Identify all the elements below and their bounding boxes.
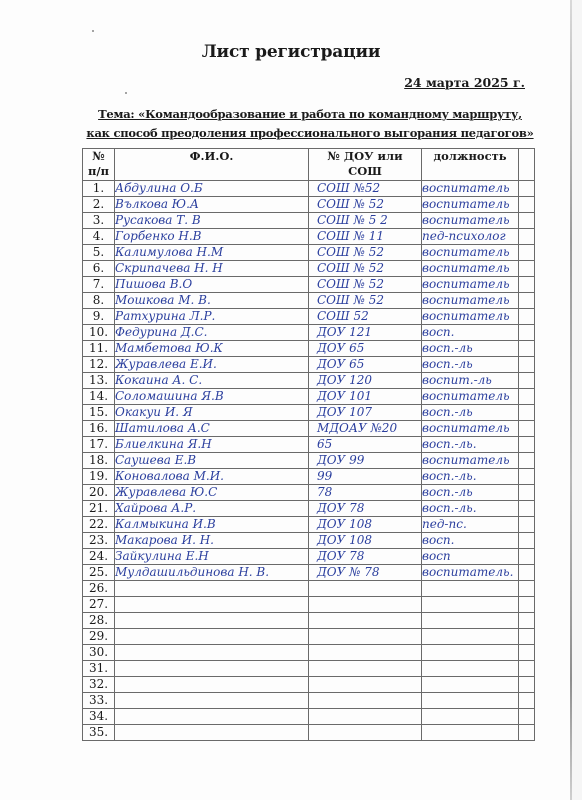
table-row: 10.Федурина Д.С.ДОУ 121восп. [83,325,535,341]
participant-name: Коновалова М.И. [115,469,309,485]
table-header-row: №п/п Ф.И.О. № ДОУ илиСОШ должность [83,149,535,181]
participant-position [422,629,519,645]
participant-name: Макарова И. Н. [115,533,309,549]
participant-org [309,677,422,693]
participant-name: Русакова Т. В [115,213,309,229]
participant-org [309,581,422,597]
row-number: 2. [83,197,115,213]
table-row: 22.Калмыкина И.ВДОУ 108пед-пс. [83,517,535,533]
participant-org: МДОАУ №20 [309,421,422,437]
participant-position: пед-пс. [422,517,519,533]
participant-position: воспит.-ль [422,373,519,389]
signature-cell [519,357,535,373]
table-row: 28. [83,613,535,629]
row-number: 32. [83,677,115,693]
table-row: 20.Журавлева Ю.С78восп.-ль [83,485,535,501]
participant-name: Скрипачева Н. Н [115,261,309,277]
signature-cell [519,405,535,421]
row-number: 16. [83,421,115,437]
participant-position [422,645,519,661]
topic-line-1: Тема: «Командообразование и работа по ко… [60,105,560,124]
signature-cell [519,437,535,453]
participant-name: Хайрова А.Р. [115,501,309,517]
participant-name [115,645,309,661]
table-row: 23.Макарова И. Н.ДОУ 108восп. [83,533,535,549]
table-row: 7.Пишова В.ОСОШ № 52воспитатель [83,277,535,293]
participant-org: СОШ № 52 [309,277,422,293]
participant-name [115,613,309,629]
participant-position: воспитатель [422,293,519,309]
signature-cell [519,453,535,469]
participant-name [115,661,309,677]
participant-org: ДОУ № 78 [309,565,422,581]
topic-line-2: как способ преодоления профессионального… [60,124,560,143]
table-row: 15.Окакуи И. ЯДОУ 107восп.-ль [83,405,535,421]
scan-speck [125,92,127,94]
table-row: 27. [83,597,535,613]
row-number: 20. [83,485,115,501]
signature-cell [519,565,535,581]
table-row: 29. [83,629,535,645]
table-row: 12.Журавлева Е.И.ДОУ 65восп.-ль [83,357,535,373]
table-row: 1.Абдулина О.БСОШ №52воспитатель [83,181,535,197]
participant-position: воспитатель. [422,565,519,581]
signature-cell [519,517,535,533]
participant-position: воспитатель [422,261,519,277]
table-row: 17.Блиелкина Я.Н65восп.-ль. [83,437,535,453]
participant-org [309,613,422,629]
participant-org: СОШ № 5 2 [309,213,422,229]
participant-name: Вълкова Ю.А [115,197,309,213]
participant-org: 78 [309,485,422,501]
participant-position: восп [422,549,519,565]
table-row: 35. [83,725,535,741]
participant-name [115,725,309,741]
row-number: 14. [83,389,115,405]
row-number: 23. [83,533,115,549]
participant-org: ДОУ 108 [309,517,422,533]
table-row: 25.Мулдашильдинова Н. В.ДОУ № 78воспитат… [83,565,535,581]
participant-position: восп.-ль [422,405,519,421]
table-row: 18.Саушева Е.ВДОУ 99воспитатель [83,453,535,469]
signature-cell [519,581,535,597]
registration-table: №п/п Ф.И.О. № ДОУ илиСОШ должность 1.Абд… [82,148,535,741]
signature-cell [519,597,535,613]
participant-name: Блиелкина Я.Н [115,437,309,453]
participant-position: восп.-ль. [422,437,519,453]
signature-cell [519,485,535,501]
participant-name [115,693,309,709]
participant-position [422,661,519,677]
signature-cell [519,309,535,325]
participant-position: восп.-ль [422,485,519,501]
participant-name: Абдулина О.Б [115,181,309,197]
participant-org [309,709,422,725]
participant-name: Саушева Е.В [115,453,309,469]
participant-org: СОШ № 52 [309,245,422,261]
participant-org: ДОУ 107 [309,405,422,421]
row-number: 34. [83,709,115,725]
participant-name: Журавлева Е.И. [115,357,309,373]
table-row: 24.Зайкулина Е.НДОУ 78восп [83,549,535,565]
participant-position: воспитатель [422,197,519,213]
participant-name: Окакуи И. Я [115,405,309,421]
participant-org: СОШ № 52 [309,197,422,213]
table-row: 21.Хайрова А.Р.ДОУ 78восп.-ль. [83,501,535,517]
signature-cell [519,181,535,197]
participant-name: Мулдашильдинова Н. В. [115,565,309,581]
participant-org [309,629,422,645]
row-number: 28. [83,613,115,629]
participant-org [309,725,422,741]
participant-org: СОШ № 11 [309,229,422,245]
page-edge-shade [572,0,582,800]
participant-org: СОШ № 52 [309,261,422,277]
row-number: 15. [83,405,115,421]
signature-cell [519,661,535,677]
signature-cell [519,325,535,341]
signature-cell [519,245,535,261]
table-row: 19.Коновалова М.И.99восп.-ль. [83,469,535,485]
participant-name: Ратхурина Л.Р. [115,309,309,325]
signature-cell [519,421,535,437]
participant-name: Калимулова Н.М [115,245,309,261]
table-row: 2.Вълкова Ю.АСОШ № 52воспитатель [83,197,535,213]
table-row: 16.Шатилова А.СМДОАУ №20воспитатель [83,421,535,437]
header-num: №п/п [83,149,115,181]
row-number: 8. [83,293,115,309]
table-row: 33. [83,693,535,709]
participant-org: СОШ №52 [309,181,422,197]
participant-position [422,693,519,709]
signature-cell [519,693,535,709]
participant-org: ДОУ 65 [309,357,422,373]
document-date: 24 марта 2025 г. [404,75,525,90]
table-row: 32. [83,677,535,693]
table-row: 8.Мошкова М. В.СОШ № 52воспитатель [83,293,535,309]
participant-name [115,709,309,725]
participant-org: ДОУ 101 [309,389,422,405]
participant-name [115,581,309,597]
table-row: 31. [83,661,535,677]
participant-position: воспитатель [422,389,519,405]
table-row: 3.Русакова Т. ВСОШ № 5 2воспитатель [83,213,535,229]
participant-org: СОШ № 52 [309,293,422,309]
signature-cell [519,677,535,693]
row-number: 10. [83,325,115,341]
participant-org: СОШ 52 [309,309,422,325]
participant-org: ДОУ 99 [309,453,422,469]
participant-org: 65 [309,437,422,453]
participant-name: Журавлева Ю.С [115,485,309,501]
row-number: 6. [83,261,115,277]
page-edge [570,0,572,800]
participant-org [309,597,422,613]
participant-org: ДОУ 65 [309,341,422,357]
participant-org: 99 [309,469,422,485]
participant-org: ДОУ 78 [309,501,422,517]
signature-cell [519,373,535,389]
participant-org [309,661,422,677]
participant-position [422,677,519,693]
row-number: 29. [83,629,115,645]
row-number: 1. [83,181,115,197]
row-number: 19. [83,469,115,485]
row-number: 11. [83,341,115,357]
signature-cell [519,229,535,245]
participant-position: восп.-ль. [422,469,519,485]
document-title: Лист регистрации [0,42,582,62]
row-number: 7. [83,277,115,293]
signature-cell [519,533,535,549]
row-number: 5. [83,245,115,261]
row-number: 13. [83,373,115,389]
participant-name [115,677,309,693]
participant-name: Федурина Д.С. [115,325,309,341]
header-position: должность [422,149,519,181]
row-number: 22. [83,517,115,533]
signature-cell [519,629,535,645]
participant-position: воспитатель [422,453,519,469]
signature-cell [519,261,535,277]
row-number: 27. [83,597,115,613]
participant-org [309,693,422,709]
row-number: 26. [83,581,115,597]
participant-position: восп.-ль [422,341,519,357]
participant-position: воспитатель [422,213,519,229]
signature-cell [519,341,535,357]
signature-cell [519,549,535,565]
row-number: 24. [83,549,115,565]
signature-cell [519,613,535,629]
participant-position: воспитатель [422,421,519,437]
header-extra [519,149,535,181]
table-row: 4.Горбенко Н.ВСОШ № 11пед-психолог [83,229,535,245]
signature-cell [519,645,535,661]
participant-org [309,645,422,661]
participant-org: ДОУ 108 [309,533,422,549]
row-number: 25. [83,565,115,581]
participant-org: ДОУ 120 [309,373,422,389]
header-org: № ДОУ илиСОШ [309,149,422,181]
table-row: 34. [83,709,535,725]
row-number: 33. [83,693,115,709]
participant-name: Зайкулина Е.Н [115,549,309,565]
participant-name: Шатилова А.С [115,421,309,437]
participant-position: восп.-ль. [422,501,519,517]
participant-name [115,597,309,613]
table-row: 14.Соломашина Я.ВДОУ 101воспитатель [83,389,535,405]
participant-org: ДОУ 121 [309,325,422,341]
participant-position [422,613,519,629]
row-number: 35. [83,725,115,741]
participant-position [422,709,519,725]
table-row: 11.Мамбетова Ю.КДОУ 65восп.-ль [83,341,535,357]
participant-name: Мамбетова Ю.К [115,341,309,357]
participant-position [422,581,519,597]
participant-position [422,725,519,741]
participant-position: воспитатель [422,277,519,293]
row-number: 12. [83,357,115,373]
participant-position: воспитатель [422,245,519,261]
participant-position: воспитатель [422,309,519,325]
participant-position: воспитатель [422,181,519,197]
row-number: 17. [83,437,115,453]
table-row: 9.Ратхурина Л.Р.СОШ 52воспитатель [83,309,535,325]
header-name: Ф.И.О. [115,149,309,181]
row-number: 3. [83,213,115,229]
document-topic: Тема: «Командообразование и работа по ко… [60,105,560,143]
row-number: 4. [83,229,115,245]
table-row: 13.Кокаина А. С.ДОУ 120воспит.-ль [83,373,535,389]
participant-position [422,597,519,613]
participant-position: восп. [422,325,519,341]
participant-position: пед-психолог [422,229,519,245]
signature-cell [519,501,535,517]
participant-name: Кокаина А. С. [115,373,309,389]
row-number: 31. [83,661,115,677]
participant-name: Пишова В.О [115,277,309,293]
signature-cell [519,213,535,229]
participant-name: Мошкова М. В. [115,293,309,309]
participant-name: Соломашина Я.В [115,389,309,405]
signature-cell [519,725,535,741]
signature-cell [519,389,535,405]
signature-cell [519,469,535,485]
table-row: 30. [83,645,535,661]
participant-position: восп.-ль [422,357,519,373]
row-number: 21. [83,501,115,517]
signature-cell [519,709,535,725]
participant-name: Горбенко Н.В [115,229,309,245]
row-number: 18. [83,453,115,469]
participant-org: ДОУ 78 [309,549,422,565]
table-row: 5.Калимулова Н.МСОШ № 52воспитатель [83,245,535,261]
table-row: 6.Скрипачева Н. НСОШ № 52воспитатель [83,261,535,277]
signature-cell [519,293,535,309]
signature-cell [519,197,535,213]
row-number: 30. [83,645,115,661]
participant-name [115,629,309,645]
table-row: 26. [83,581,535,597]
participant-name: Калмыкина И.В [115,517,309,533]
row-number: 9. [83,309,115,325]
participant-position: восп. [422,533,519,549]
signature-cell [519,277,535,293]
scan-speck [92,30,94,32]
